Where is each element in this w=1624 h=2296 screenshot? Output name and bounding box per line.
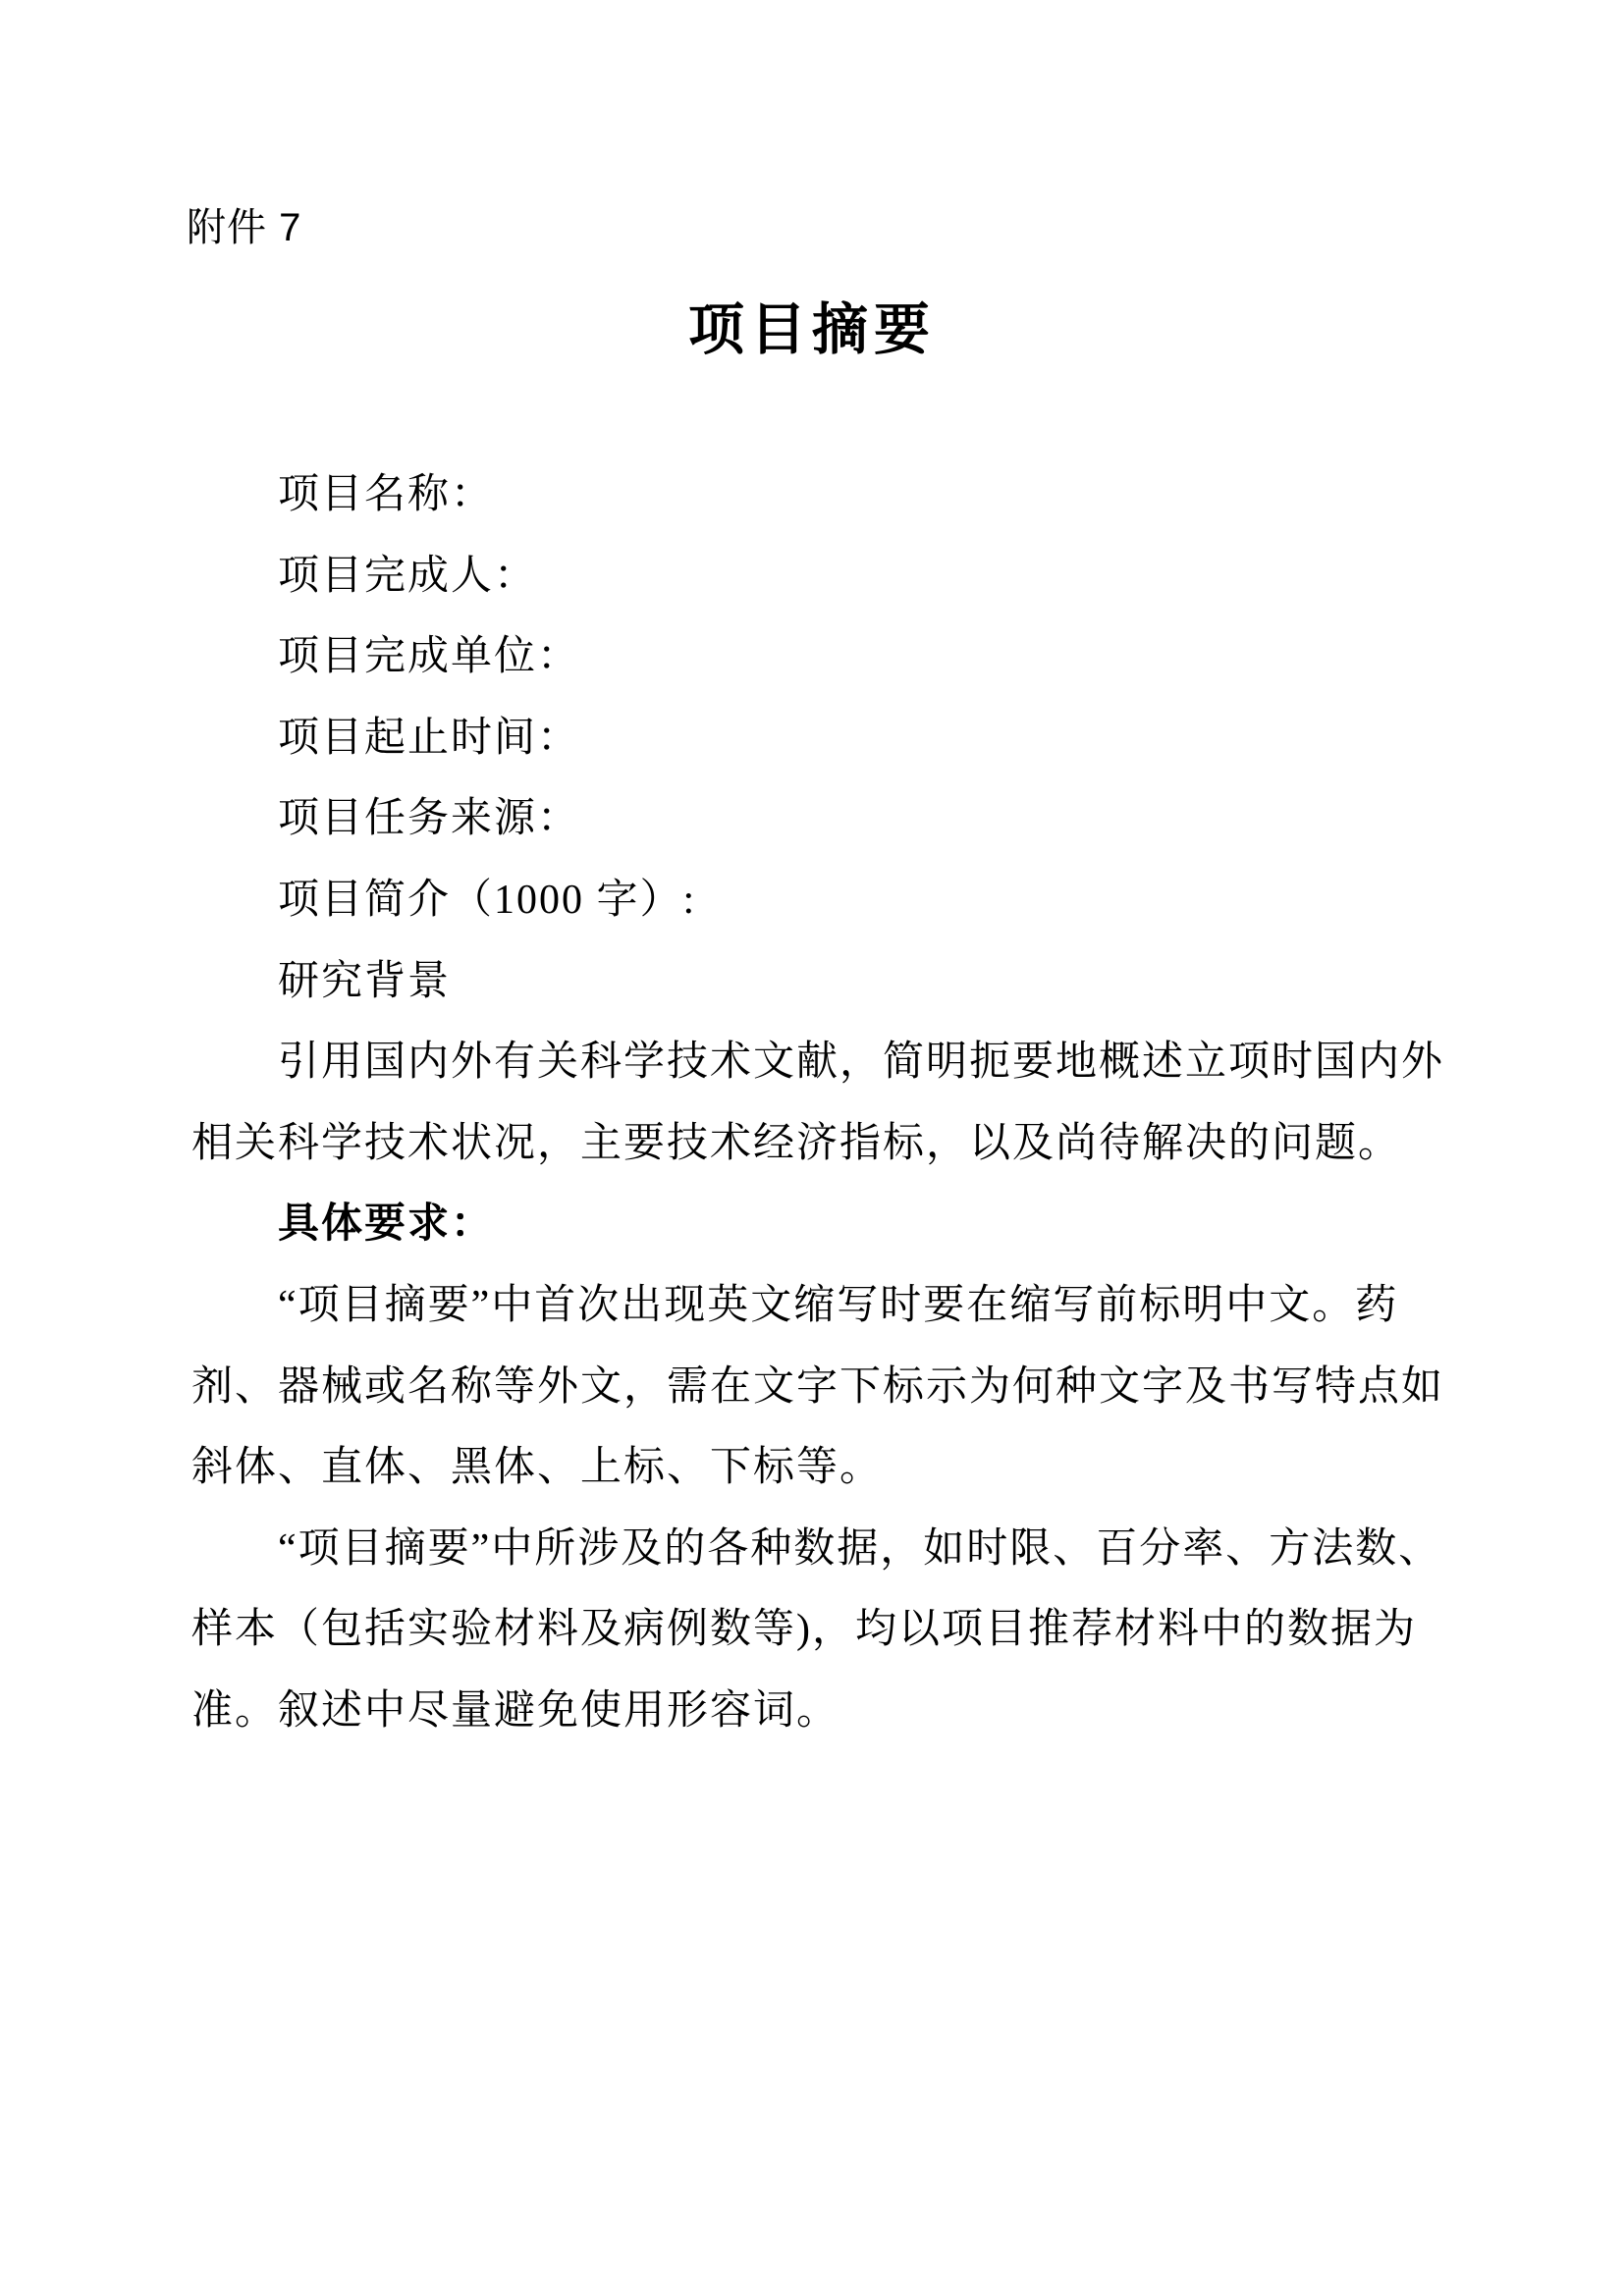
document-title: 项目摘要: [0, 297, 1624, 362]
field-project-introduction: 项目简介（1000 字）:: [191, 860, 1464, 941]
requirement1-paragraph-line: 剂、器械或名称等外文，需在文字下标示为何种文字及书写特点如: [191, 1347, 1464, 1428]
document-body: 项目名称： 项目完成人： 项目完成单位： 项目起止时间： 项目任务来源： 项目简…: [191, 454, 1464, 1752]
field-project-name: 项目名称：: [191, 454, 1464, 536]
attachment-label: 附件 7: [187, 206, 301, 249]
field-research-background: 研究背景: [191, 941, 1464, 1023]
document-page: 附件 7 项目摘要 项目名称： 项目完成人： 项目完成单位： 项目起止时间： 项…: [0, 0, 1624, 2296]
field-project-completers: 项目完成人：: [191, 536, 1464, 617]
requirement1-paragraph-line: 斜体、直体、黑体、上标、下标等。: [191, 1427, 1464, 1509]
background-paragraph-line: 引用国内外有关科学技术文献，简明扼要地概述立项时国内外: [191, 1022, 1464, 1103]
requirement2-paragraph-line: 准。叙述中尽量避免使用形容词。: [191, 1671, 1464, 1752]
requirement1-paragraph-line: “项目摘要”中首次出现英文缩写时要在缩写前标明中文。药: [191, 1265, 1464, 1347]
requirements-heading: 具体要求：: [191, 1184, 1464, 1265]
requirement2-paragraph-line: 样本（包括实验材料及病例数等)，均以项目推荐材料中的数据为: [191, 1589, 1464, 1671]
field-project-duration: 项目起止时间：: [191, 698, 1464, 779]
background-paragraph-line: 相关科学技术状况，主要技术经济指标，以及尚待解决的问题。: [191, 1103, 1464, 1185]
requirement2-paragraph-line: “项目摘要”中所涉及的各种数据，如时限、百分率、方法数、: [191, 1509, 1464, 1590]
field-task-source: 项目任务来源：: [191, 778, 1464, 860]
field-completing-organization: 项目完成单位：: [191, 616, 1464, 698]
